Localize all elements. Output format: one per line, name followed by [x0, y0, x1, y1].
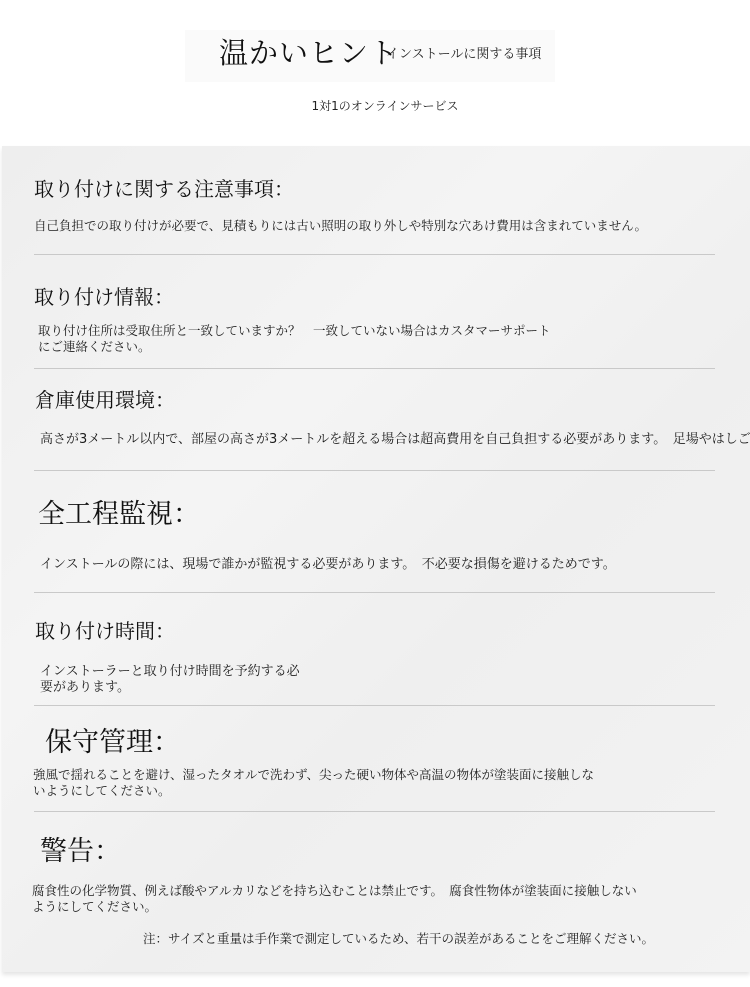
section-text-install-time-line1: インストーラーと取り付け時間を予約する必	[40, 664, 300, 680]
section-text-warning-line2: ようにしてください。	[32, 899, 157, 915]
divider	[34, 470, 715, 471]
section-heading-install-info: 取り付け情報：	[34, 284, 174, 310]
section-text-maintenance-line1: 強風で揺れることを避け、湿ったタオルで洗わず、尖った硬い物体や高温の物体が塗装面…	[33, 767, 594, 783]
section-text-warehouse-env: 高さが3メートル以内で、部屋の高さが3メートルを超える場合は超高費用を自己負担す…	[40, 432, 750, 448]
page-subtitle: 1対1のオンラインサービス	[0, 97, 750, 115]
header: 温かいヒント インストールに関する事項 1対1のオンラインサービス	[0, 0, 750, 146]
measurement-note: 注：サイズと重量は手作業で測定しているため、若干の誤差があることをご理解ください…	[143, 931, 654, 947]
section-text-install-info-line2: にご連絡ください。	[38, 339, 151, 355]
section-text-maintenance-line2: いようにしてください。	[33, 783, 171, 799]
section-text-install-time-line2: 要があります。	[40, 680, 130, 696]
section-heading-warning: 警告：	[40, 835, 121, 869]
divider	[34, 368, 715, 369]
section-text-full-monitoring: インストールの際には、現場で誰かが監視する必要があります。 不必要な損傷を避ける…	[40, 557, 616, 573]
section-heading-full-monitoring: 全工程監視：	[38, 498, 200, 532]
divider	[34, 705, 715, 706]
section-heading-warehouse-env: 倉庫使用環境：	[35, 387, 175, 413]
divider	[34, 592, 715, 593]
section-text-warning-line1: 腐食性の化学物質、例えば酸やアルカリなどを持ち込むことは禁止です。 腐食性物体が…	[32, 883, 637, 899]
section-heading-maintenance: 保守管理：	[45, 726, 180, 760]
page-title-sub: インストールに関する事項	[386, 46, 541, 64]
section-heading-install-notes: 取り付けに関する注意事項：	[34, 176, 294, 202]
page-title: 温かいヒント	[219, 34, 399, 72]
divider	[34, 811, 715, 812]
section-text-install-info-line1: 取り付け住所は受取住所と一致していますか？ 一致していない場合はカスタマーサポー…	[38, 323, 551, 339]
section-text-install-notes: 自己負担での取り付けが必要で、見積もりには古い照明の取り外しや特別な穴あけ費用は…	[34, 218, 647, 234]
divider	[34, 254, 715, 255]
section-heading-install-time: 取り付け時間：	[35, 618, 175, 644]
